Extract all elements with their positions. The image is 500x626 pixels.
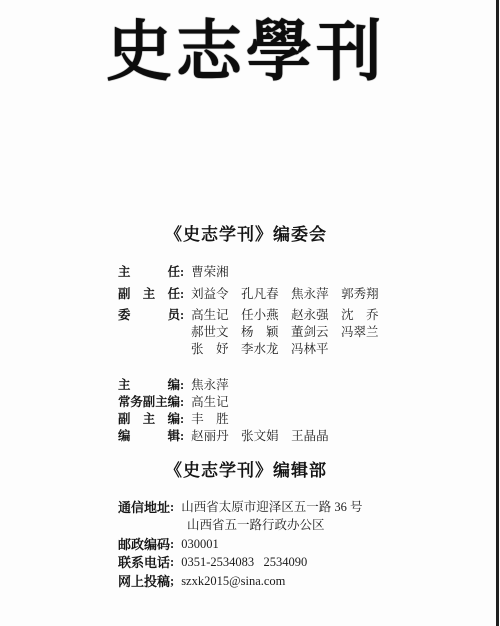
submission-email: szxk2015@sina.com: [181, 573, 285, 590]
postcode-value: 030001: [181, 536, 219, 553]
label-colon: :: [180, 377, 184, 394]
role-label: 主编: [118, 377, 180, 394]
editor-row-chief: 主编:焦永萍: [118, 377, 229, 394]
contact-label: 通信地址: [118, 499, 170, 516]
contact-row-address-2: 山西省五一路行政办公区: [187, 517, 325, 534]
journal-title: 史志學刊: [0, 0, 492, 102]
editor-row-deputy: 副主编:丰 胜: [118, 411, 229, 428]
contact-label: 联系电话: [118, 554, 170, 571]
role-label: 副主任: [118, 286, 180, 303]
contact-row-phone: 联系电话:0351-2534083 2534090: [118, 554, 307, 571]
board-row-director: 主任:曹荣湘: [118, 264, 229, 281]
contact-row-address: 通信地址:山西省太原市迎泽区五一路 36 号: [118, 499, 362, 516]
editor-row-editors: 编辑:赵丽丹 张文娟 王晶晶: [118, 428, 329, 445]
address-line-2: 山西省五一路行政办公区: [187, 517, 325, 534]
member-names: 高生记 任小燕 赵永强 沈 乔: [191, 307, 379, 324]
editor-names: 高生记: [191, 394, 229, 411]
label-colon: :: [170, 554, 174, 571]
scan-edge-line: [496, 0, 499, 626]
contact-label: 网上投稿: [118, 573, 170, 590]
editorial-office-heading: 《史志学刊》编辑部: [0, 456, 492, 481]
editor-names: 丰 胜: [191, 411, 229, 428]
contact-row-email: 网上投稿;szxk2015@sina.com: [118, 573, 285, 590]
editor-names: 焦永萍: [191, 377, 229, 394]
role-label: 编辑: [118, 428, 180, 445]
contact-row-postcode: 邮政编码:030001: [118, 536, 219, 553]
label-colon: :: [180, 394, 184, 411]
board-row-members-1: 委员:高生记 任小燕 赵永强 沈 乔: [118, 307, 379, 324]
board-row-members-2: 郝世文 杨 颖 董剑云 冯翠兰: [191, 324, 379, 341]
editor-row-exec-deputy: 常务副主编:高生记: [118, 394, 229, 411]
label-colon: :: [170, 499, 174, 516]
label-colon: :: [180, 411, 184, 428]
role-label: 委员: [118, 307, 180, 324]
member-names: 曹荣湘: [191, 264, 229, 281]
journal-frontmatter-page: 史志學刊 《史志学刊》编委会 主任:曹荣湘 副主任:刘益令 孔凡春 焦永萍 郭秀…: [0, 0, 500, 626]
editor-names: 赵丽丹 张文娟 王晶晶: [191, 428, 329, 445]
contact-label: 邮政编码: [118, 536, 170, 553]
member-names: 刘益令 孔凡春 焦永萍 郭秀翔: [191, 286, 379, 303]
label-colon: :: [180, 307, 184, 324]
role-label: 副主编: [118, 411, 180, 428]
label-semicolon: ;: [170, 573, 174, 590]
label-colon: :: [180, 286, 184, 303]
label-colon: :: [180, 428, 184, 445]
phone-numbers: 0351-2534083 2534090: [181, 554, 307, 571]
role-label: 常务副主编: [118, 394, 180, 411]
board-row-deputy-directors: 副主任:刘益令 孔凡春 焦永萍 郭秀翔: [118, 286, 379, 303]
board-row-members-3: 张 妤 李水龙 冯林平: [191, 341, 329, 358]
label-colon: :: [180, 264, 184, 281]
address-line-1: 山西省太原市迎泽区五一路 36 号: [181, 499, 362, 516]
editorial-board-heading: 《史志学刊》编委会: [0, 220, 492, 245]
member-names: 郝世文 杨 颖 董剑云 冯翠兰: [191, 324, 379, 341]
role-label: 主任: [118, 264, 180, 281]
member-names: 张 妤 李水龙 冯林平: [191, 341, 329, 358]
label-colon: :: [170, 536, 174, 553]
